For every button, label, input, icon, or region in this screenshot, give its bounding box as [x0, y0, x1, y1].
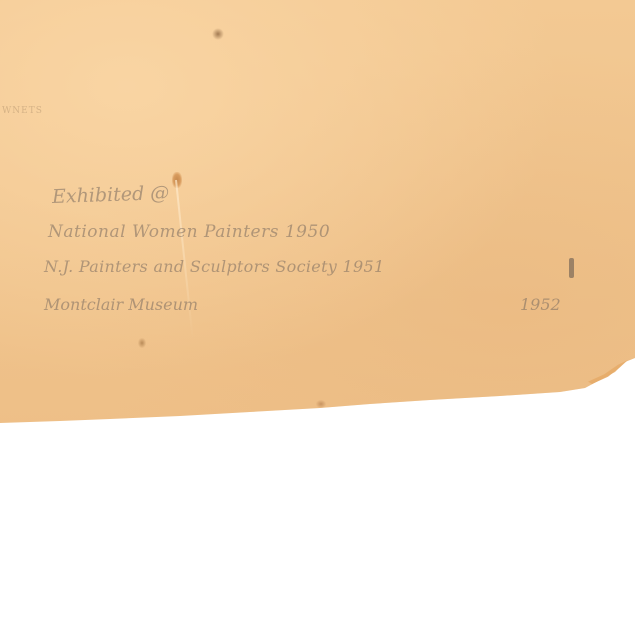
inscription-year: 1952: [520, 295, 561, 314]
stain-mark: [138, 338, 146, 348]
photo-scene: WNETS Exhibited @ National Women Painter…: [0, 0, 635, 635]
inscription-line: National Women Painters 1950: [48, 222, 330, 242]
pencil-overwrite-mark: [569, 258, 574, 278]
inscription-line: N.J. Painters and Sculptors Society 1951: [44, 257, 384, 276]
inscription-heading: Exhibited @: [52, 182, 170, 208]
faint-stamp-text: WNETS: [2, 106, 43, 116]
inscription-line: Montclair Museum: [44, 295, 198, 314]
artwork-backing-board: [0, 0, 635, 430]
stain-mark: [212, 28, 224, 40]
stain-mark: [316, 400, 326, 408]
